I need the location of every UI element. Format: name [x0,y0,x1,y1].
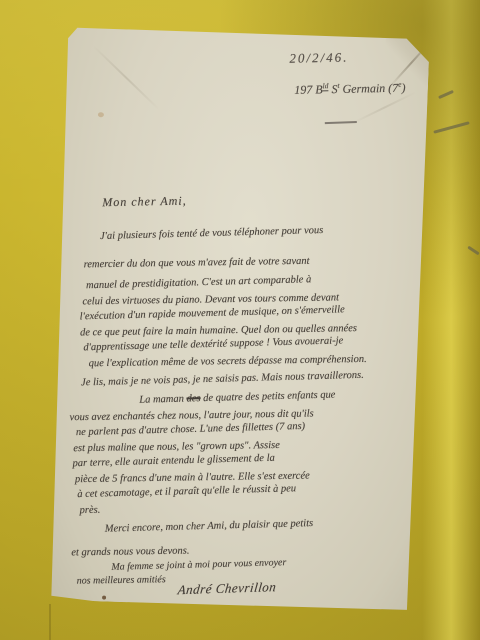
letter-paragraph: J'ai plusieurs fois tenté de vous téléph… [78,223,367,390]
ink-dot-stain [102,596,106,600]
photo-of-letter: 20/2/46. 197 Bld St Germain (7e) Mon che… [0,0,480,640]
address-text: S [328,82,337,96]
paper-crease [93,45,160,110]
pencil-streak-mark [433,121,470,133]
letter-paper: 20/2/46. 197 Bld St Germain (7e) Mon che… [48,26,430,612]
letter-text: La maman [139,394,187,406]
address-text: Germain (7 [339,81,398,96]
letter-date: 20/2/46. [289,50,348,67]
pencil-tick-mark [467,246,479,256]
salutation-line: Mon cher Ami, [102,194,187,211]
address-underline [325,121,357,124]
letter-text: de quatre des petits enfants que [200,389,335,404]
letter-paragraph: La maman des de quatre des petits enfant… [69,389,338,519]
letter-line: remercier du don que vous m'avez fait de… [84,252,365,272]
letter-paragraph: Merci encore, mon cher Ami, du plaisir q… [71,517,314,560]
address-text: ) [401,81,405,95]
address-text: 197 B [294,82,323,97]
background-crease-shadow [49,604,51,640]
strikethrough-word: des [186,393,200,404]
signature: André Chevrillon [177,579,277,598]
pencil-caret-mark [438,90,454,99]
letter-line: Merci encore, mon cher Ami, du plaisir q… [105,516,314,537]
letter-address: 197 Bld St Germain (7e) [294,80,406,98]
letter-line: J'ai plusieurs fois tenté de vous téléph… [100,222,364,245]
rust-stain [98,112,104,117]
letter-line: La maman des de quatre des petits enfant… [139,387,336,408]
